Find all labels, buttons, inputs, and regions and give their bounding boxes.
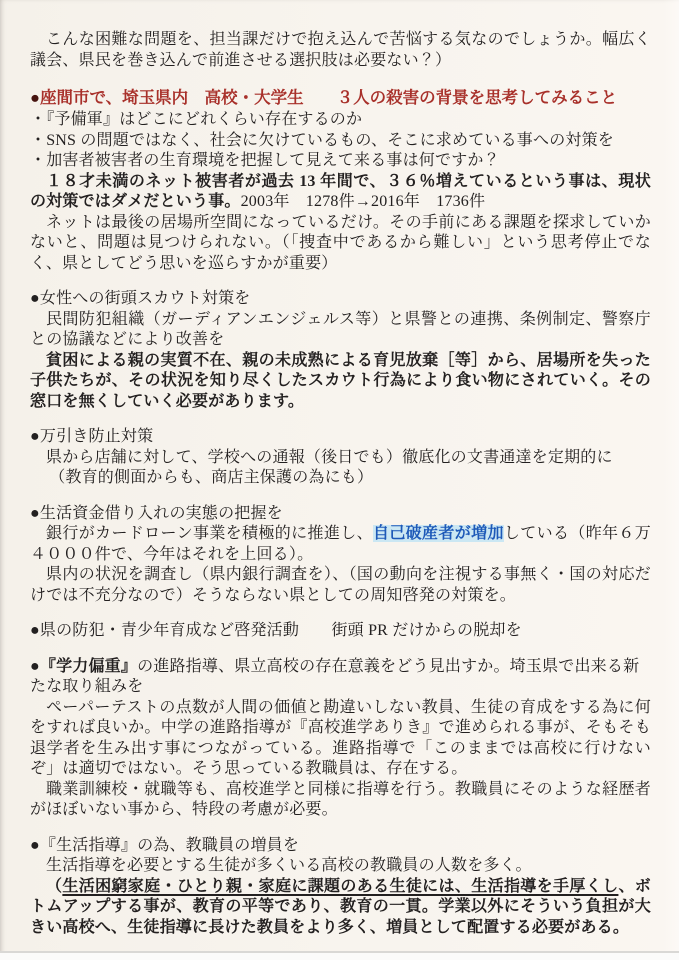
section-living-funds-loans: ●生活資金借り入れの実態の把握を 銀行がカードローン事業を積極的に推進し、自己破…	[30, 504, 651, 607]
section-academic-bias: ●『学力偏重』の進路指導、県立高校の存在意義をどう見出すか。埼玉県で出来る新たな…	[30, 657, 651, 821]
zama-bullet-item-1: ・『予備軍』はどこにどれくらい存在するのか	[30, 110, 651, 131]
shoplifting-paragraph-2: （教育的側面からも、商店主保護の為にも）	[30, 468, 651, 489]
academic-paragraph-2: 職業訓練校・就職等も、高校進学と同様に指導を行う。教職員にそのような経歴者がほぼ…	[30, 780, 651, 821]
section-life-guidance-staffing: ●『生活指導』の為、教職員の増員を 生活指導を必要とする生徒が多くいる高校の教職…	[30, 836, 651, 939]
zama-net-paragraph: ネットは最後の居場所空間になっているだけ。その手前にある課題を探求していかないと…	[30, 213, 651, 275]
guidance-paragraph-1: 生活指導を必要とする生徒が多くいる高校の教職員の人数を多く。	[30, 856, 651, 877]
scan-edge-bottom	[0, 951, 679, 960]
academic-heading-bold: 『学力偏重』	[40, 658, 137, 675]
guidance-paragraph-2: （生活困窮家庭・ひとり親・家庭に課題のある生徒には、生活指導を手厚くし、ボトムア…	[30, 877, 651, 939]
loans-paragraph-2: 県内の状況を調査し（県内銀行調査を）、（国の動向を注視する事無く・国の対応だけで…	[30, 565, 651, 606]
section-heading-shoplifting: ●万引き防止対策	[30, 427, 651, 448]
scan-edge-right	[663, 0, 679, 960]
zama-bullet-item-3: ・加害者被害者の生育環境を把握して見えて来る事は何ですか？	[30, 151, 651, 172]
section-heading-loans: ●生活資金借り入れの実態の把握を	[30, 504, 651, 525]
guidance-para2-underlined: 生活困窮家庭・ひとり親・家庭に課題のある生徒には、生活指導を手厚くし	[62, 878, 618, 895]
zama-stat-numbers: 2003年 1278件→2016年 1736件	[241, 193, 486, 210]
guidance-para2-open-paren: （	[46, 878, 62, 895]
section-heading-awareness: ●県の防犯・青少年育成など啓発活動 街頭 PR だけからの脱却を	[30, 621, 651, 642]
section-heading-academic: ●『学力偏重』の進路指導、県立高校の存在意義をどう見出すか。埼玉県で出来る新たな…	[30, 657, 651, 698]
zama-statistics-paragraph: １８才未満のネット被害者が過去 13 年間で、３６％増えているという事は、現状の…	[30, 172, 651, 213]
loans-paragraph-1: 銀行がカードローン事業を積極的に推進し、自己破産者が増加している（昨年６万４００…	[30, 524, 651, 565]
section-shoplifting: ●万引き防止対策 県から店舗に対して、学校への通報（後日でも）徹底化の文書通達を…	[30, 427, 651, 489]
section-awareness-activity: ●県の防犯・青少年育成など啓発活動 街頭 PR だけからの脱却を	[30, 621, 651, 642]
loans-para1-start: 銀行がカードローン事業を積極的に推進し、	[46, 525, 373, 542]
shoplifting-paragraph-1: 県から店舗に対して、学校への通報（後日でも）徹底化の文書通達を定期的に	[30, 448, 651, 469]
scanned-document-page: こんな困難な問題を、担当課だけで抱え込んで苦悩する気なのでしょうか。幅広く議会、…	[0, 0, 679, 960]
red-bullet-icon: ●	[30, 88, 40, 107]
section-heading-scout: ●女性への街頭スカウト対策を	[30, 289, 651, 310]
scout-paragraph-1: 民間防犯組織（ガーディアンエンジェルス等）と県警との連携、条例制定、警察庁との協…	[30, 310, 651, 351]
zama-bullet-item-2: ・SNS の問題ではなく、社会に欠けているもの、そこに求めている事への対策を	[30, 131, 651, 152]
section-heading-guidance: ●『生活指導』の為、教職員の増員を	[30, 836, 651, 857]
scout-paragraph-2: 貧困による親の実質不在、親の未成熟による育児放棄［等］から、居場所を失った子供た…	[30, 351, 651, 413]
section-zama-murders: ●座間市で、埼玉県内 高校・大学生 ３人の殺害の背景を思考してみること ・『予備…	[30, 86, 651, 274]
academic-paragraph-1: ペーパーテストの点数が人間の価値と勘違いしない教員、生徒の育成をする為に何をすれ…	[30, 698, 651, 780]
section-street-scout: ●女性への街頭スカウト対策を 民間防犯組織（ガーディアンエンジェルス等）と県警と…	[30, 289, 651, 412]
loans-bankruptcy-highlight: 自己破産者が増加	[373, 525, 504, 542]
section-heading-zama: ●座間市で、埼玉県内 高校・大学生 ３人の殺害の背景を思考してみること	[30, 86, 651, 110]
intro-paragraph: こんな困難な問題を、担当課だけで抱え込んで苦悩する気なのでしょうか。幅広く議会、…	[30, 30, 651, 71]
section-heading-zama-text: 座間市で、埼玉県内 高校・大学生 ３人の殺害の背景を思考してみること	[40, 88, 617, 107]
academic-bullet-icon: ●	[30, 658, 40, 675]
